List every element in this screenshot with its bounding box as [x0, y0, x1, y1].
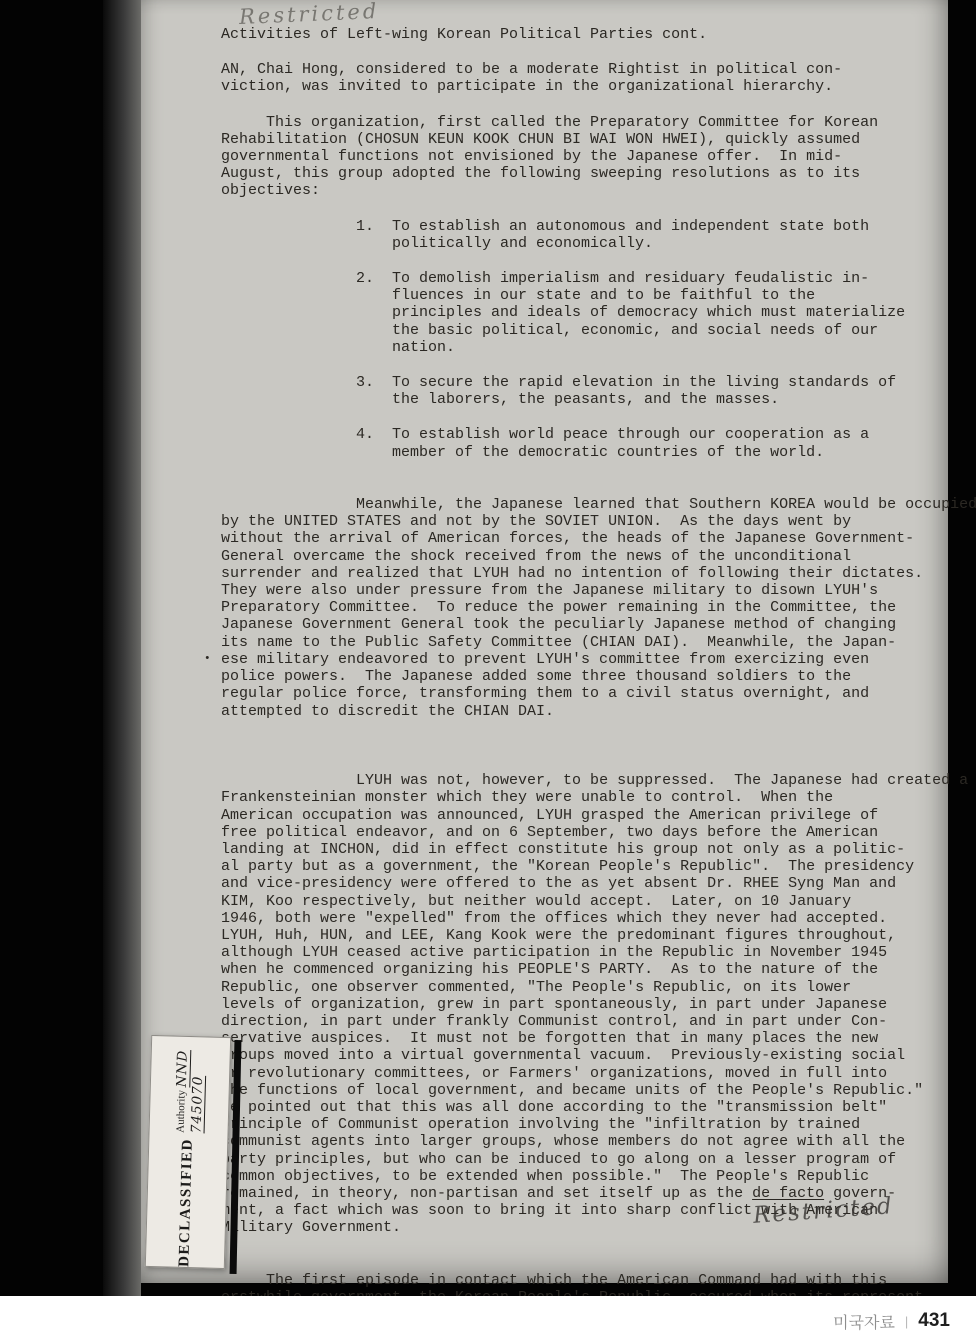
- margin-artifact-dot: •: [204, 651, 211, 668]
- paragraph-meanwhile: • Meanwhile, the Japanese learned that S…: [221, 479, 946, 737]
- declassified-stamp: DECLASSIFIED Authority NND 745070: [145, 1035, 231, 1269]
- paragraph-an-chai-hong: AN, Chai Hong, considered to be a modera…: [221, 61, 946, 95]
- scanned-photo-background: Restricted Activities of Left-wing Korea…: [0, 0, 976, 1296]
- caption-page-number: 431: [918, 1310, 950, 1332]
- paragraph-lyuh-republic: LYUH was not, however, to be suppressed.…: [221, 755, 946, 1254]
- paragraph-meanwhile-text: Meanwhile, the Japanese learned that Sou…: [221, 496, 976, 719]
- declassified-stamp-inner: DECLASSIFIED Authority NND 745070: [146, 1036, 230, 1268]
- caption-separator: |: [905, 1314, 908, 1329]
- objectives-list: 1. To establish an autonomous and indepe…: [221, 218, 946, 461]
- objective-item-1: 1. To establish an autonomous and indepe…: [356, 218, 946, 252]
- declassified-stamp-title: DECLASSIFIED: [176, 1138, 197, 1267]
- declassified-stamp-authority: Authority NND 745070: [173, 1037, 208, 1134]
- document-title: Activities of Left-wing Korean Political…: [221, 26, 946, 43]
- objective-item-4: 4. To establish world peace through our …: [356, 426, 946, 460]
- paragraph-organization: This organization, first called the Prep…: [221, 114, 946, 200]
- handwritten-restricted-top: Restricted: [239, 0, 380, 29]
- objective-item-3: 3. To secure the rapid elevation in the …: [356, 374, 946, 408]
- document-page: Restricted Activities of Left-wing Korea…: [141, 0, 948, 1283]
- paragraph-lyuh-text-before: LYUH was not, however, to be suppressed.…: [221, 772, 968, 1202]
- document-body: Activities of Left-wing Korean Political…: [221, 26, 946, 1336]
- stamp-authority-label: Authority: [175, 1090, 188, 1133]
- caption-source-label: 미국자료: [833, 1310, 895, 1333]
- book-caption-strip: 미국자료 | 431: [0, 1296, 976, 1336]
- screenshot-canvas: Restricted Activities of Left-wing Korea…: [0, 0, 976, 1336]
- objective-item-2: 2. To demolish imperialism and residuary…: [356, 270, 946, 356]
- book-gutter-shadow: [103, 0, 141, 1296]
